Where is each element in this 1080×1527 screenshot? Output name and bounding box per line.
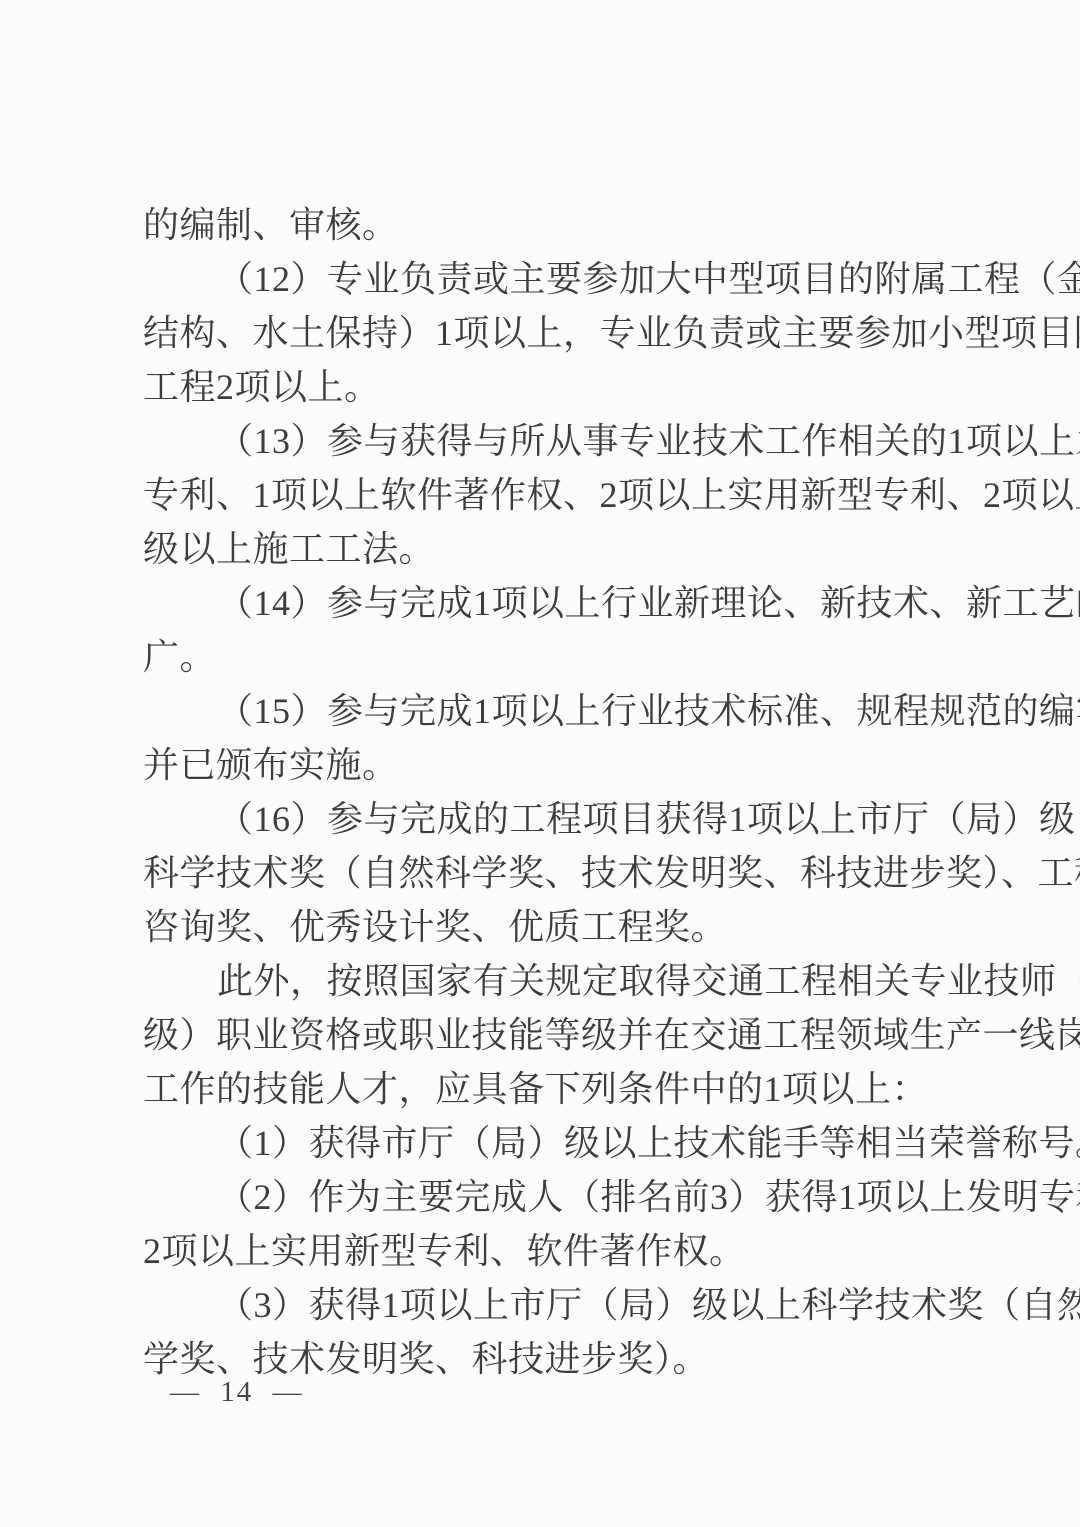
text-line: （13）参与获得与所从事专业技术工作相关的1项以上发明 bbox=[143, 414, 965, 468]
text-line: （12）专业负责或主要参加大中型项目的附属工程（金属 bbox=[143, 252, 965, 306]
text-line: 此外，按照国家有关规定取得交通工程相关专业技师（二 bbox=[143, 954, 965, 1008]
text-line: （2）作为主要完成人（排名前3）获得1项以上发明专利或 bbox=[143, 1170, 965, 1224]
page-number: — 14 — bbox=[170, 1372, 304, 1412]
text-line: 并已颁布实施。 bbox=[143, 738, 965, 792]
text-line: 科学技术奖（自然科学奖、技术发明奖、科技进步奖）、工程 bbox=[143, 846, 965, 900]
text-line: 的编制、审核。 bbox=[143, 198, 965, 252]
text-line: 工程2项以上。 bbox=[143, 360, 965, 414]
text-line: （1）获得市厅（局）级以上技术能手等相当荣誉称号。 bbox=[143, 1116, 965, 1170]
text-line: 工作的技能人才，应具备下列条件中的1项以上： bbox=[143, 1062, 965, 1116]
text-line: （15）参与完成1项以上行业技术标准、规程规范的编写， bbox=[143, 684, 965, 738]
document-page: 的编制、审核。 （12）专业负责或主要参加大中型项目的附属工程（金属 结构、水土… bbox=[0, 0, 1080, 1527]
text-line: 专利、1项以上软件著作权、2项以上实用新型专利、2项以上省 bbox=[143, 468, 965, 522]
text-line: 级以上施工工法。 bbox=[143, 522, 965, 576]
text-line: 级）职业资格或职业技能等级并在交通工程领域生产一线岗位 bbox=[143, 1008, 965, 1062]
document-text-block: 的编制、审核。 （12）专业负责或主要参加大中型项目的附属工程（金属 结构、水土… bbox=[143, 198, 965, 1386]
text-line: 结构、水土保持）1项以上，专业负责或主要参加小型项目附属 bbox=[143, 306, 965, 360]
text-line: 咨询奖、优秀设计奖、优质工程奖。 bbox=[143, 900, 965, 954]
text-line: （3）获得1项以上市厅（局）级以上科学技术奖（自然科 bbox=[143, 1278, 965, 1332]
text-line: 2项以上实用新型专利、软件著作权。 bbox=[143, 1224, 965, 1278]
text-line: （14）参与完成1项以上行业新理论、新技术、新工艺的推 bbox=[143, 576, 965, 630]
text-line: 广。 bbox=[143, 630, 965, 684]
text-line: （16）参与完成的工程项目获得1项以上市厅（局）级以上 bbox=[143, 792, 965, 846]
